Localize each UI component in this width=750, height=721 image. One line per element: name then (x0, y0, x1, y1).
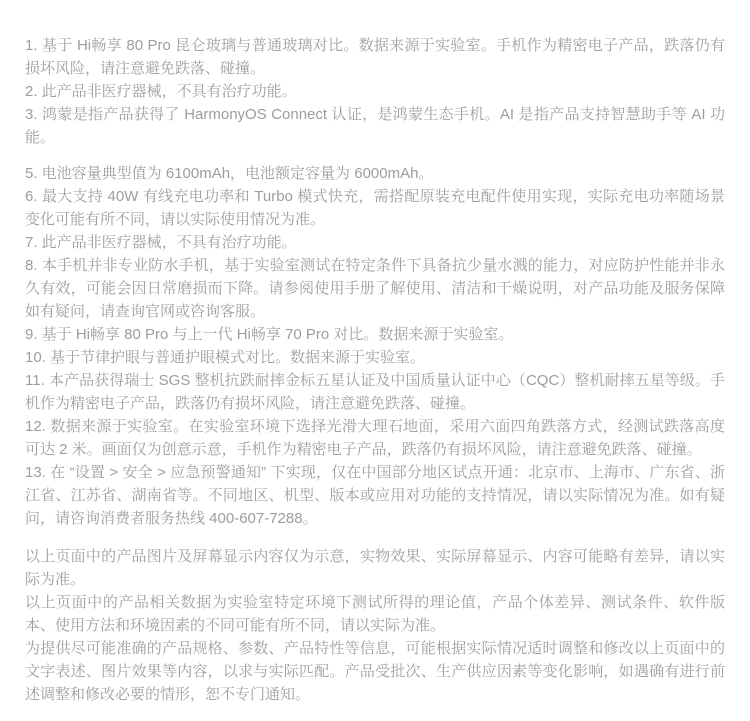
footnote-item: 12. 数据来源于实验室。在实验室环境下选择光滑大理石地面，采用六面四角跌落方式… (25, 415, 725, 461)
disclaimer-paragraph: 为提供尽可能准确的产品规格、参数、产品特性等信息，可能根据实际情况适时调整和修改… (25, 637, 725, 706)
footnote-item: 11. 本产品获得瑞士 SGS 整机抗跌耐摔金标五星认证及中国质量认证中心（CQ… (25, 369, 725, 415)
footnote-item: 3. 鸿蒙是指产品获得了 HarmonyOS Connect 认证，是鸿蒙生态手… (25, 103, 725, 149)
footnote-gap (25, 149, 725, 162)
footnote-item: 2. 此产品非医疗器械，不具有治疗功能。 (25, 80, 725, 103)
product-footnotes-page: 1. 基于 Hi畅享 80 Pro 昆仑玻璃与普通玻璃对比。数据来源于实验室。手… (0, 0, 750, 706)
disclaimer-paragraph: 以上页面中的产品图片及屏幕显示内容仅为示意，实物效果、实际屏幕显示、内容可能略有… (25, 545, 725, 591)
footnote-item: 9. 基于 Hi畅享 80 Pro 与上一代 Hi畅享 70 Pro 对比。数据… (25, 323, 725, 346)
footnotes-section: 1. 基于 Hi畅享 80 Pro 昆仑玻璃与普通玻璃对比。数据来源于实验室。手… (25, 34, 725, 530)
footnote-item: 7. 此产品非医疗器械，不具有治疗功能。 (25, 231, 725, 254)
footnote-item: 13. 在 “设置 > 安全 > 应急预警通知” 下实现，仅在中国部分地区试点开… (25, 461, 725, 530)
footnote-item: 10. 基于节律护眼与普通护眼模式对比。数据来源于实验室。 (25, 346, 725, 369)
disclaimers-section: 以上页面中的产品图片及屏幕显示内容仅为示意，实物效果、实际屏幕显示、内容可能略有… (25, 545, 725, 706)
footnote-item: 8. 本手机并非专业防水手机，基于实验室测试在特定条件下具备抗少量水溅的能力，对… (25, 254, 725, 323)
section-gap (25, 530, 725, 545)
footnote-item: 6. 最大支持 40W 有线充电功率和 Turbo 模式快充，需搭配原装充电配件… (25, 185, 725, 231)
footnote-item: 5. 电池容量典型值为 6100mAh，电池额定容量为 6000mAh。 (25, 162, 725, 185)
footnote-item: 1. 基于 Hi畅享 80 Pro 昆仑玻璃与普通玻璃对比。数据来源于实验室。手… (25, 34, 725, 80)
disclaimer-paragraph: 以上页面中的产品相关数据为实验室特定环境下测试所得的理论值，产品个体差异、测试条… (25, 591, 725, 637)
